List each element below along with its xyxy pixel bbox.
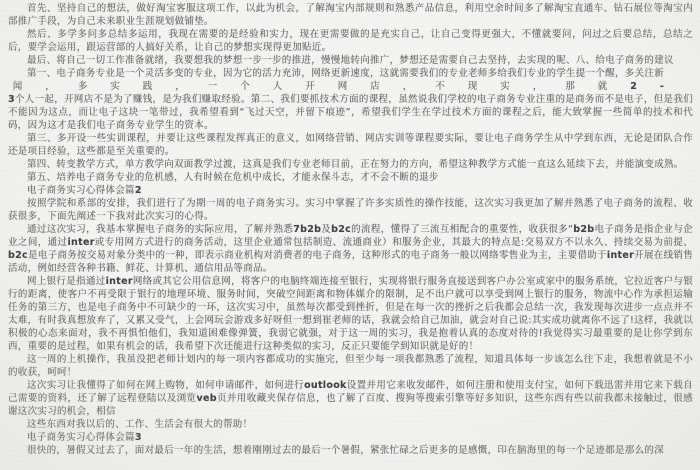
- para-suggestion-first-spaced-line: 闻，多实践，一个人开网店，不现实，那就2-: [8, 80, 693, 93]
- para-future-help: 这些东西对我以后的、工作、生活会有很大的帮助！: [8, 418, 693, 431]
- para-week-practice: 这一周的上机操作，我虽没把老师计划内的每一项内容都成功的实施完，但至少每一项我都…: [8, 353, 693, 379]
- text-run: 个人一起，开网店不是为了赚钱，是为我们赚取经验。第二、我们要抓技术方面的课程，虽…: [8, 94, 693, 131]
- bold-term: inter: [106, 276, 133, 287]
- text-run: 然后、多学多问多总结多运用，我现在需要的是经验和实力，现在更需要做的是充实自己，…: [8, 29, 693, 53]
- para-part2-intro: 按照学院和系部的安排，我们进行了为期一周的电子商务实习。实习中掌握了许多实质性的…: [8, 197, 693, 223]
- text-run: 网络或其它公用信息网，将客户的电脑终端连接至银行，实现将银行服务直接送到客户办公…: [8, 276, 693, 352]
- text-run: 的流程，懂得了三流互相配合的重要性，收获很多“: [351, 224, 573, 235]
- bold-term: b2c: [8, 250, 28, 261]
- para-suggestion-second: 3个人一起，开网店不是为了赚钱，是为我们赚取经验。第二、我们要抓技术方面的课程，…: [8, 93, 693, 132]
- bold-term: b2b: [573, 224, 594, 235]
- para-b2b-b2c: 通过这次实习，我基本掌握电子商务的实际应用，了解并熟悉7b2b及b2c的流程，懂…: [8, 223, 693, 275]
- para-skills-learned: 这次实习让我懂得了如何在网上购物，如何申请邮件，如何进行outlook设置并用它…: [8, 379, 693, 418]
- text-run: 第三、多开设一些实训课程，并要让这些课程发挥真正的意义，如网络营销、网店实训等课…: [8, 133, 693, 157]
- para-part3-intro: 很快的，暑假又过去了，面对最后一年的生活，想着刚刚过去的最后一个暑假，紧张忙碌之…: [8, 444, 693, 457]
- text-run: 第五、培养电子商务专业的危机感，人有时候在危机中成长，才能永保斗志，才不会不断的…: [27, 172, 439, 183]
- para-suggestion-first-line1: 第一、电子商务专业是一个灵活多变的专业，因为它的活力充沛，网络更新速度，这就需要…: [8, 67, 693, 80]
- text-run: 网上银行是指通过: [27, 276, 106, 287]
- bold-term: veb: [196, 393, 216, 404]
- para-suggestion-third: 第三、多开设一些实训课程，并要让这些课程发挥真正的意义，如网络营销、网店实训等课…: [8, 132, 693, 158]
- bold-term: inter: [67, 237, 94, 248]
- text-run: 这一周的上机操作，我虽没把老师计划内的每一项内容都成功的实施完，但至少每一项我都…: [8, 354, 693, 378]
- document-body: 首先、坚持自己的想法，做好淘宝客服这项工作，以此为机会，了解淘宝内部规则和熟悉产…: [0, 0, 700, 470]
- text-run: 按照学院和系部的安排，我们进行了为期一周的电子商务实习。实习中掌握了许多实质性的…: [8, 198, 693, 222]
- para-online-bank-and-setback: 网上银行是指通过inter网络或其它公用信息网，将客户的电脑终端连接至银行，实现…: [8, 275, 693, 353]
- text-run: 是电子商务按交易对象分类中的一种，即表示商业机构对消费者的电子商务，这种形式的电…: [28, 250, 607, 261]
- text-run: 这些东西对我以后的、工作、生活会有很大的帮助！: [27, 419, 252, 430]
- bold-term: 3: [8, 94, 15, 105]
- text-run: 电子商务实习心得体会篇: [27, 185, 135, 196]
- scanned-document-page: 首先、坚持自己的想法，做好淘宝客服这项工作，以此为机会，了解淘宝内部规则和熟悉产…: [0, 0, 700, 470]
- text-run: 最后、将自己一切工作准备就绪，我要想我的梦想一步一步的推进，慢慢地转向推广，梦想…: [27, 55, 674, 66]
- bold-term: inter: [607, 250, 634, 261]
- section-heading-part3: 电子商务实习心得体会篇3: [8, 431, 693, 444]
- bold-term: 2-: [630, 81, 687, 92]
- section-heading-part2: 电子商务实习心得体会篇2: [8, 184, 693, 197]
- text-run: 电子商务实习心得体会篇: [27, 432, 135, 443]
- text-run: 第一、电子商务专业是一个灵活多变的专业，因为它的活力充沛，网络更新速度，这就需要…: [27, 68, 664, 79]
- bold-term: 3: [135, 432, 142, 443]
- text-run: 首先、坚持自己的想法，做好淘宝客服这项工作，以此为机会，了解淘宝内部规则和熟悉产…: [8, 3, 693, 27]
- text-run: 第四、转变教学方式，单方教学向双面教学过渡，这真是我们专业老师目前，正在努力的方…: [27, 159, 684, 170]
- para-taobao-plan: 首先、坚持自己的想法，做好淘宝客服这项工作，以此为机会，了解淘宝内部规则和熟悉产…: [8, 2, 693, 28]
- bold-term: 7b2b: [293, 224, 321, 235]
- text-run: 这次实习让我懂得了如何在网上购物，如何申请邮件，如何进行: [27, 380, 304, 391]
- text-run: 很快的，暑假又过去了，面对最后一年的生活，想着刚刚过去的最后一个暑假，紧张忙碌之…: [27, 445, 664, 456]
- text-run: 及: [321, 224, 331, 235]
- bold-term: outlook: [304, 380, 347, 391]
- text-run: 通过这次实习，我基本掌握电子商务的实际应用，了解并熟悉: [27, 224, 293, 235]
- para-dream-suggestion-intro: 最后、将自己一切工作准备就绪，我要想我的梦想一步一步的推进，慢慢地转向推广，梦想…: [8, 54, 693, 67]
- para-suggestion-fifth: 第五、培养电子商务专业的危机感，人有时候在危机中成长，才能永保斗志，才不会不断的…: [8, 171, 693, 184]
- text-run: 闻，多实践，一个人开网店，不现实，那就: [13, 81, 631, 92]
- para-learn-summarize: 然后、多学多问多总结多运用，我现在需要的是经验和实力，现在更需要做的是充实自己，…: [8, 28, 693, 54]
- bold-term: 2: [135, 185, 142, 196]
- bold-term: b2c: [331, 224, 351, 235]
- text-run: 或专用网方式进行的商务活动，这里企业通常包括制造、流通商业）和服务企业，其最大的…: [95, 237, 693, 248]
- para-suggestion-fourth: 第四、转变教学方式，单方教学向双面教学过渡，这真是我们专业老师目前，正在努力的方…: [8, 158, 693, 171]
